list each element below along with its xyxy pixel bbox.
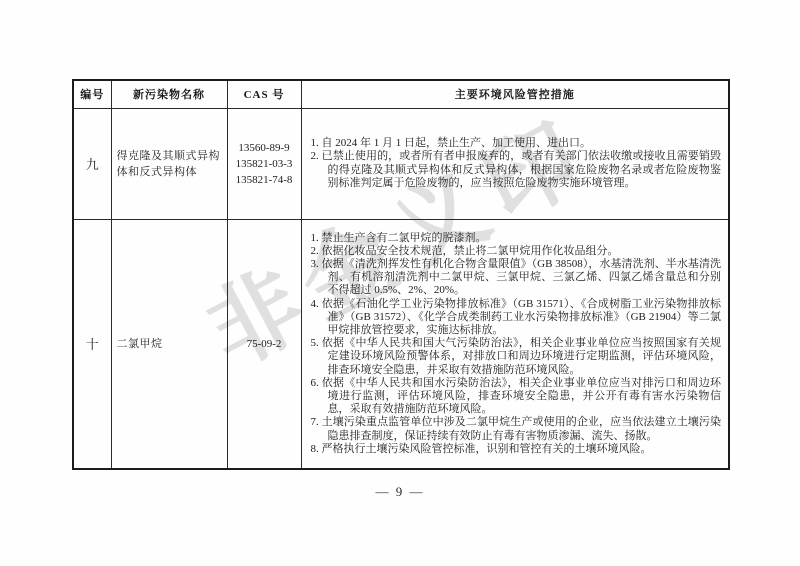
row-nine-number: 九	[73, 108, 111, 219]
pollutant-control-table: 编号 新污染物名称 CAS 号 主要环境风险管控措施 九 得克隆及其顺式异构体和…	[72, 79, 730, 470]
measure-item: 1. 自 2024 年 1 月 1 日起，禁止生产、加工使用、进出口。	[311, 137, 722, 150]
row-ten-cas-numbers: 75-09-2	[227, 219, 301, 469]
table-row-nine: 九 得克隆及其顺式异构体和反式异构体 13560-89-9 135821-03-…	[73, 108, 729, 219]
measure-item: 4. 依据《石油化学工业污染物排放标准》（GB 31571）、《合成树脂工业污染…	[311, 298, 722, 338]
measures-list: 1. 禁止生产含有二氯甲烷的脱漆剂。 2. 依据化妆品安全技术规范，禁止将二氯甲…	[311, 232, 722, 456]
document-page: 非金义印 编号 新污染物名称 CAS 号 主要环境风险管控措施 九 得克隆及其顺…	[0, 0, 800, 566]
measure-item: 1. 禁止生产含有二氯甲烷的脱漆剂。	[311, 232, 722, 245]
header-pollutant-name: 新污染物名称	[111, 80, 227, 108]
cas-value: 135821-74-8	[228, 172, 301, 188]
table-row-ten: 十 二氯甲烷 75-09-2 1. 禁止生产含有二氯甲烷的脱漆剂。 2. 依据化…	[73, 219, 729, 469]
pollutant-table-container: 编号 新污染物名称 CAS 号 主要环境风险管控措施 九 得克隆及其顺式异构体和…	[72, 79, 728, 470]
row-ten-measures-cell: 1. 禁止生产含有二氯甲烷的脱漆剂。 2. 依据化妆品安全技术规范，禁止将二氯甲…	[301, 219, 729, 469]
row-ten-pollutant-name: 二氯甲烷	[111, 219, 227, 469]
table-header-row: 编号 新污染物名称 CAS 号 主要环境风险管控措施	[73, 80, 729, 108]
header-cas-number: CAS 号	[227, 80, 301, 108]
measure-item: 6. 依据《中华人民共和国水污染防治法》，相关企业事业单位应当对排污口和周边环境…	[311, 377, 722, 417]
measure-item: 5. 依据《中华人民共和国大气污染防治法》，相关企业事业单位应当按照国家有关规定…	[311, 337, 722, 377]
header-number: 编号	[73, 80, 111, 108]
measure-item: 2. 已禁止使用的，或者所有者申报废弃的，或者有关部门依法收缴或接收且需要销毁的…	[311, 150, 722, 190]
header-control-measures: 主要环境风险管控措施	[301, 80, 729, 108]
measure-item: 2. 依据化妆品安全技术规范，禁止将二氯甲烷用作化妆品组分。	[311, 245, 722, 258]
cas-value: 75-09-2	[228, 336, 301, 352]
measure-item: 3. 依据《清洗剂挥发性有机化合物含量限值》（GB 38508），水基清洗剂、半…	[311, 258, 722, 298]
row-nine-pollutant-name: 得克隆及其顺式异构体和反式异构体	[111, 108, 227, 219]
cas-value: 13560-89-9	[228, 140, 301, 156]
row-nine-cas-numbers: 13560-89-9 135821-03-3 135821-74-8	[227, 108, 301, 219]
measure-item: 8. 严格执行土壤污染风险管控标准，识别和管控有关的土壤环境风险。	[311, 443, 722, 456]
row-nine-measures-cell: 1. 自 2024 年 1 月 1 日起，禁止生产、加工使用、进出口。 2. 已…	[301, 108, 729, 219]
footer-page-number: — 9 —	[0, 484, 800, 500]
cas-value: 135821-03-3	[228, 156, 301, 172]
measures-list: 1. 自 2024 年 1 月 1 日起，禁止生产、加工使用、进出口。 2. 已…	[311, 137, 722, 190]
row-ten-number: 十	[73, 219, 111, 469]
measure-item: 7. 土壤污染重点监管单位中涉及二氯甲烷生产或使用的企业，应当依法建立土壤污染隐…	[311, 416, 722, 442]
